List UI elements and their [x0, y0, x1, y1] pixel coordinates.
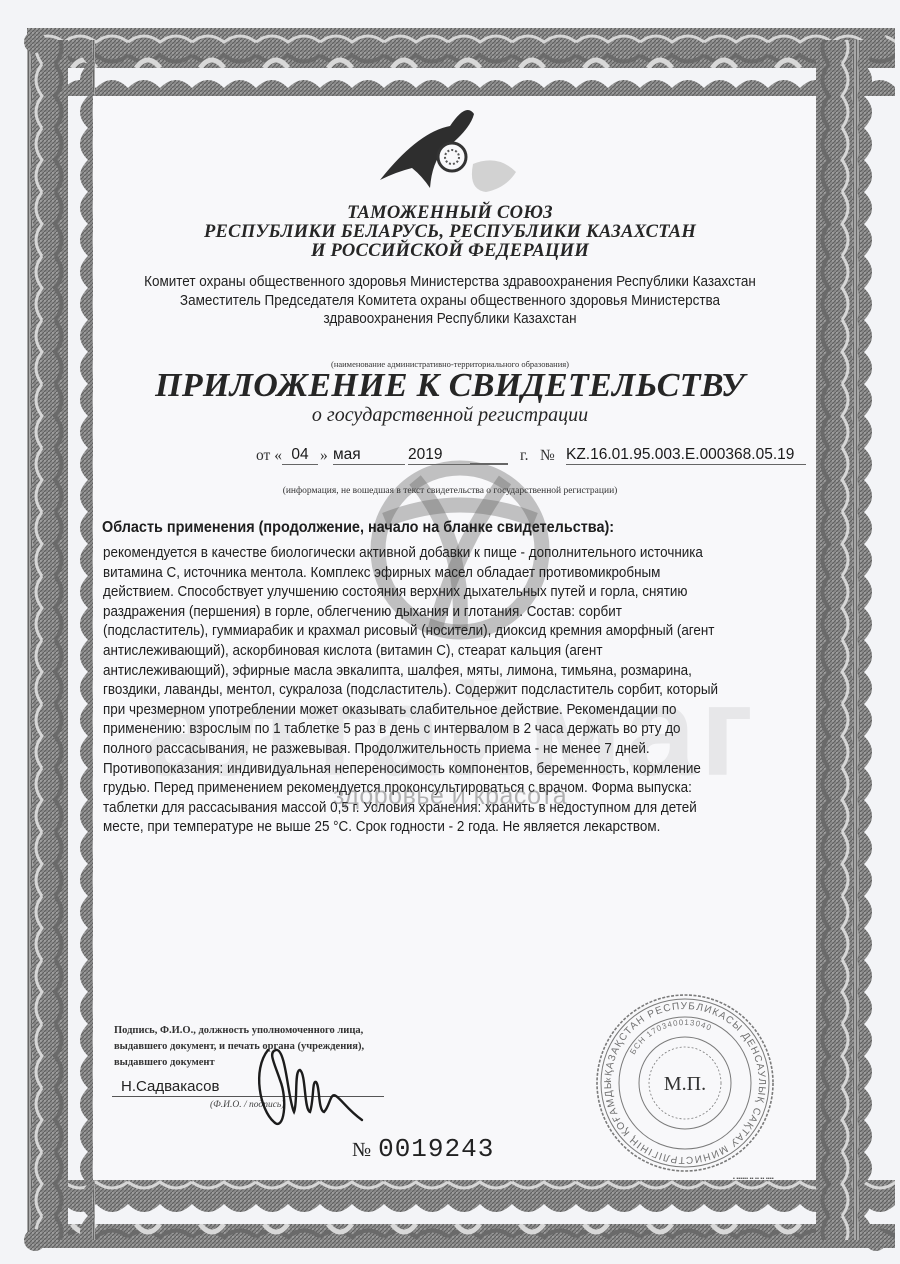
- section-title: Область применения (продолжение, начало …: [102, 519, 614, 537]
- union-title-line-2: РЕСПУБЛИКИ БЕЛАРУСЬ, РЕСПУБЛИКИ КАЗАХСТА…: [0, 222, 900, 243]
- scope-text-line: при чрезмерном употреблении может оказыв…: [103, 700, 776, 720]
- scope-text-line: гвоздики, лаванды, ментол, сукралоза (по…: [103, 680, 776, 700]
- year-suffix: г.: [520, 447, 528, 465]
- scope-text-line: таблетки для рассасывания массой 0,5 г. …: [103, 798, 776, 818]
- number-label: №: [540, 447, 555, 465]
- scope-text-line: рекомендуется в качестве биологически ак…: [103, 543, 776, 563]
- year-underline: [470, 446, 508, 464]
- scope-text-line: антислеживающий), аскорбиновая кислота (…: [103, 641, 776, 661]
- serial-prefix: №: [352, 1139, 372, 1161]
- signer-name: Н.Садвакасов: [121, 1078, 219, 1095]
- signature-caption-line-3: выдавшего документ: [114, 1057, 215, 1068]
- scope-text-line: раздражения (першения) в горле, облегчен…: [103, 602, 776, 622]
- authority-line-1: Комитет охраны общественного здоровья Ми…: [32, 274, 869, 290]
- scope-text-line: витамина С, источника ментола. Комплекс …: [103, 563, 776, 583]
- printer-mark: ▪ ▪▪▪▪▪▪ ▪▪ ▪▪ ▪▪ ▪▪▪▪: [733, 1176, 774, 1182]
- scope-text-line: антислеживающий), эфирные масла эвкалипт…: [103, 661, 776, 681]
- registration-line: от « 04 » мая 2019 г. № KZ.16.01.95.003.…: [0, 446, 900, 470]
- scope-text-line: действием. Способствует улучшению состоя…: [103, 582, 776, 602]
- registration-month: мая: [333, 446, 405, 465]
- stamp-label: М.П.: [664, 1073, 706, 1095]
- scope-text-line: применению: взрослым по 1 таблетке 5 раз…: [103, 719, 776, 739]
- info-caption: (информация, не вошедшая в текст свидете…: [0, 486, 900, 496]
- quote-close: »: [320, 447, 328, 465]
- registration-number: KZ.16.01.95.003.E.000368.05.19: [566, 446, 806, 465]
- handwritten-signature: [250, 1040, 380, 1135]
- registration-day: 04: [282, 446, 318, 465]
- union-title-line-3: И РОССИЙСКОЙ ФЕДЕРАЦИИ: [0, 241, 900, 262]
- scope-text: рекомендуется в качестве биологически ак…: [103, 543, 863, 837]
- customs-union-logo-icon: [378, 92, 538, 204]
- scope-text-line: Противопоказания: индивидуальная неперен…: [103, 759, 776, 779]
- scope-text-line: грудью. Перед применением рекомендуется …: [103, 778, 776, 798]
- authority-line-2: Заместитель Председателя Комитета охраны…: [32, 293, 869, 309]
- scope-text-line: месте, при температуре не выше 25 °С. Ср…: [103, 817, 776, 837]
- document-title: ПРИЛОЖЕНИЕ К СВИДЕТЕЛЬСТВУ: [0, 367, 900, 405]
- union-title-line-1: ТАМОЖЕННЫЙ СОЮЗ: [0, 203, 900, 224]
- from-label: от «: [256, 447, 282, 465]
- authority-line-3: здравоохранения Республики Казахстан: [32, 311, 869, 327]
- serial-value: 0019243: [378, 1134, 494, 1164]
- scope-text-line: полного рассасывания, не разжевывая. Про…: [103, 739, 776, 759]
- scope-text-line: (подсластитель), гуммиарабик и крахмал р…: [103, 621, 776, 641]
- form-serial-number: №0019243: [352, 1134, 494, 1164]
- document-subtitle: о государственной регистрации: [0, 404, 900, 427]
- signature-caption-line-1: Подпись, Ф.И.О., должность уполномоченно…: [114, 1025, 363, 1036]
- official-stamp: «ҚАЗАҚСТАН РЕСПУБЛИКАСЫ ДЕНСАУЛЫҚ САҚТАУ…: [592, 990, 778, 1176]
